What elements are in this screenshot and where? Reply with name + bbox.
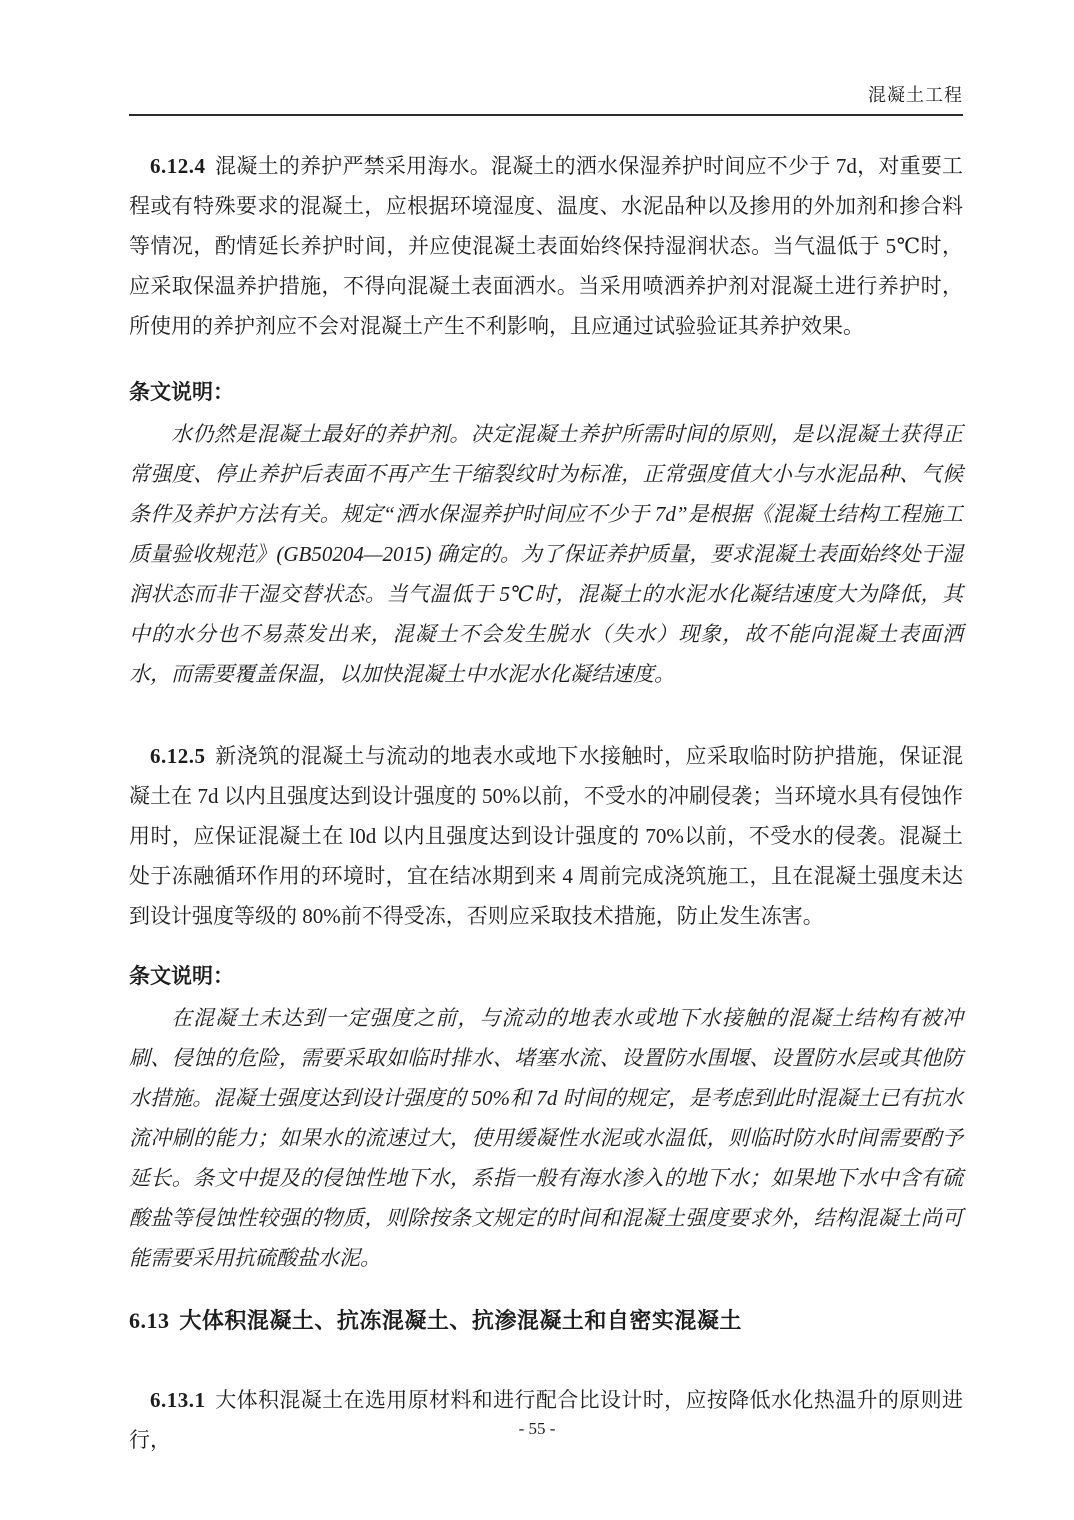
- running-header-title: 混凝土工程: [868, 85, 963, 105]
- clause-6-12-4-text: 混凝土的养护严禁采用海水。混凝土的洒水保湿养护时间应不少于 7d，对重要工程或有…: [129, 154, 963, 338]
- section-heading-6-13: 6.13大体积混凝土、抗冻混凝土、抗渗混凝土和自密实混凝土: [129, 1306, 963, 1336]
- page-number: - 55 -: [519, 1419, 556, 1438]
- clause-6-13-1-number: 6.13.1: [150, 1388, 206, 1412]
- clause-6-12-4: 6.12.4混凝土的养护严禁采用海水。混凝土的洒水保湿养护时间应不少于 7d，对…: [129, 146, 963, 346]
- running-header: 混凝土工程: [129, 0, 963, 116]
- section-heading-number: 6.13: [129, 1308, 170, 1333]
- section-heading-title: 大体积混凝土、抗冻混凝土、抗渗混凝土和自密实混凝土: [179, 1308, 742, 1333]
- clause-6-12-4-number: 6.12.4: [150, 154, 206, 178]
- explanation-body-2: 在混凝土未达到一定强度之前，与流动的地表水或地下水接触的混凝土结构有被冲刷、侵蚀…: [129, 998, 963, 1278]
- page-footer: - 55 -: [0, 1418, 1074, 1440]
- clause-6-12-5-text: 新浇筑的混凝土与流动的地表水或地下水接触时，应采取临时防护措施，保证混凝土在 7…: [129, 744, 963, 928]
- clause-6-12-5: 6.12.5新浇筑的混凝土与流动的地表水或地下水接触时，应采取临时防护措施，保证…: [129, 736, 963, 936]
- explanation-label-2: 条文说明：: [129, 962, 963, 990]
- document-page-content: 混凝土工程 6.12.4混凝土的养护严禁采用海水。混凝土的洒水保湿养护时间应不少…: [129, 0, 963, 1460]
- explanation-label-1: 条文说明：: [129, 378, 963, 406]
- explanation-body-1: 水仍然是混凝土最好的养护剂。决定混凝土养护所需时间的原则，是以混凝土获得正常强度…: [129, 414, 963, 694]
- clause-6-12-5-number: 6.12.5: [150, 744, 206, 768]
